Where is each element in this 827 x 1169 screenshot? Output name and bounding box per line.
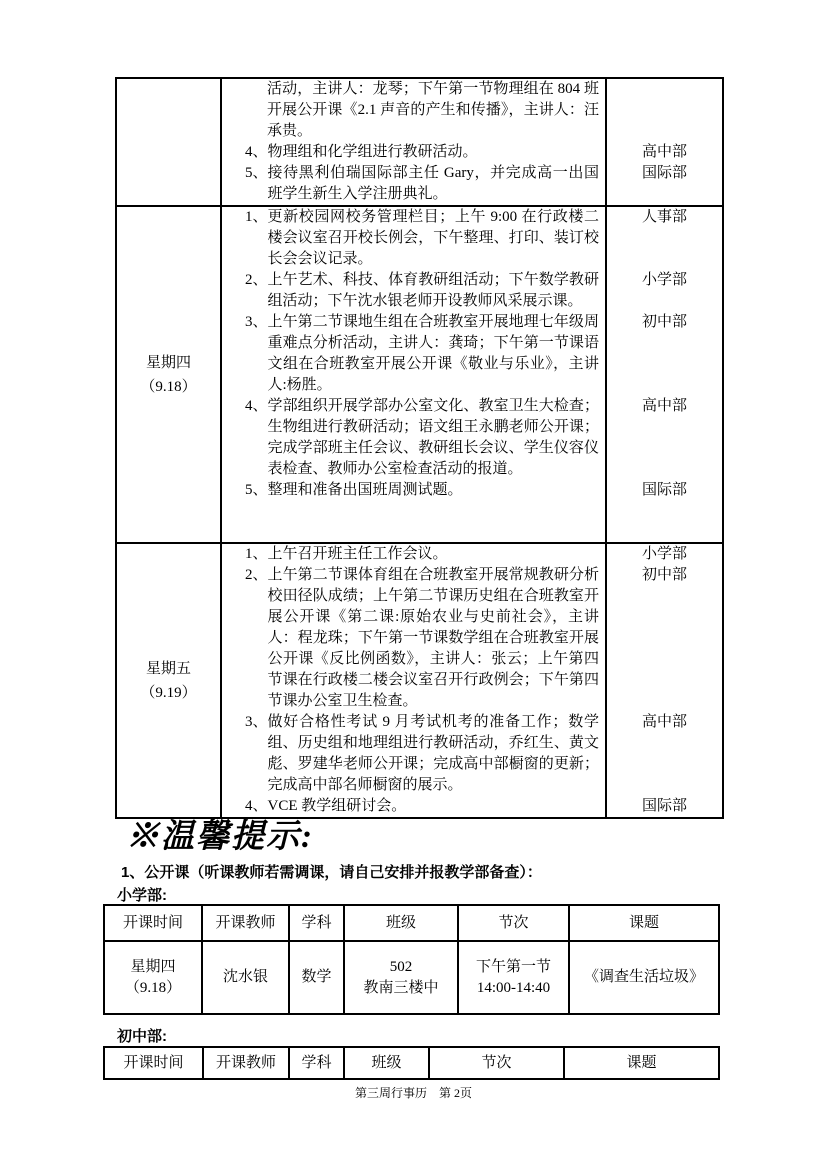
cell-teacher: 沈水银 [202, 941, 289, 1014]
item-department: 初中部 [607, 565, 722, 712]
cell-topic: 《调查生活垃圾》 [569, 941, 719, 1014]
col-header-subject: 学科 [289, 905, 344, 941]
day-name: 星期四 [146, 351, 191, 375]
item-text: 学部组织开展学部办公室文化、教室卫生大检查；生物组进行教研活动；语文组王永鹏老师… [268, 396, 607, 480]
item-department: 国际部 [607, 796, 722, 817]
table-row: 星期四 （9.18） 沈水银 数学 502 教南三楼中 下午第一节 14:00-… [104, 941, 719, 1014]
cell-class-line2: 教南三楼中 [347, 978, 455, 999]
item-department: 国际部 [607, 480, 722, 501]
item-text: 上午第二节课地生组在合班教室开展地理七年级周重难点分析活动，主讲人：龚琦；下午第… [268, 312, 607, 396]
item-text: 物理组和化学组进行教研活动。 [268, 142, 607, 163]
schedule-item: 3、 上午第二节课地生组在合班教室开展地理七年级周重难点分析活动，主讲人：龚琦；… [222, 312, 722, 396]
item-text: 更新校园网校务管理栏目；上午 9:00 在行政楼二楼会议室召开校长例会，下午整理… [268, 207, 607, 270]
schedule-item: 4、 物理组和化学组进行教研活动。 高中部 [222, 142, 722, 163]
table-row: 星期四 （9.18） 1、 更新校园网校务管理栏目；上午 9:00 在行政楼二楼… [117, 205, 722, 542]
schedule-item: 4、 学部组织开展学部办公室文化、教室卫生大检查；生物组进行教研活动；语文组王永… [222, 396, 722, 480]
col-header-class: 班级 [344, 1047, 429, 1079]
day-cell: 星期四 （9.18） [117, 207, 222, 542]
table-row: 活动，主讲人：龙琴；下午第一节物理组在 804 班开展公开课《2.1 声音的产生… [117, 79, 722, 205]
item-number: 2、 [245, 270, 268, 312]
item-department: 高中部 [607, 396, 722, 480]
item-number: 3、 [245, 712, 268, 796]
table-row: 星期五 （9.19） 1、 上午召开班主任工作会议。 小学部 2、 上午第二节课… [117, 542, 722, 817]
notice-heading: ※温馨提示: [126, 810, 314, 857]
day-date: （9.18） [140, 375, 196, 399]
item-number: 5、 [245, 480, 268, 501]
item-department: 高中部 [607, 712, 722, 796]
item-department: 小学部 [607, 270, 722, 312]
item-department: 人事部 [607, 207, 722, 270]
item-number: 1、 [245, 544, 268, 565]
day-date: （9.19） [140, 681, 196, 705]
item-text: 做好合格性考试 9 月考试机考的准备工作；数学组、历史组和地理组进行教研活动，乔… [268, 712, 607, 796]
table-header-row: 开课时间 开课教师 学科 班级 节次 课题 [104, 1047, 719, 1079]
schedule-item: 2、 上午第二节课体育组在合班教室开展常规教研分析校田径队成绩；上午第二节课历史… [222, 565, 722, 712]
page-footer: 第三周行事历 第 2页 [0, 1084, 827, 1101]
item-text: 活动，主讲人：龙琴；下午第一节物理组在 804 班开展公开课《2.1 声音的产生… [267, 79, 607, 142]
schedule-item: 2、 上午艺术、科技、体育教研组活动；下午数学教研组活动；下午沈水银老师开设教师… [222, 270, 722, 312]
cell-time-line1: 星期四 [107, 957, 199, 978]
item-department: 小学部 [607, 544, 722, 565]
item-text: 整理和准备出国班周测试题。 [268, 480, 607, 501]
item-text: VCE 教学组研讨会。 [268, 796, 607, 817]
cell-class: 502 教南三楼中 [344, 941, 458, 1014]
item-department: 高中部 [607, 142, 722, 163]
col-header-time: 开课时间 [104, 905, 202, 941]
col-header-teacher: 开课教师 [203, 1047, 289, 1079]
item-department: 初中部 [607, 312, 722, 396]
schedule-item: 3、 做好合格性考试 9 月考试机考的准备工作；数学组、历史组和地理组进行教研活… [222, 712, 722, 796]
day-cell [117, 79, 222, 205]
open-class-note: 1、公开课（听课教师若需调课，请自己安排并报教学部备查）： [121, 861, 542, 882]
schedule-item: 5、 接待黑利伯瑞国际部主任 Gary，并完成高一出国班学生新生入学注册典礼。 … [222, 163, 722, 205]
item-department: 国际部 [607, 163, 722, 205]
item-number: 1、 [245, 207, 268, 270]
cell-period: 下午第一节 14:00-14:40 [458, 941, 569, 1014]
items-cell: 活动，主讲人：龙琴；下午第一节物理组在 804 班开展公开课《2.1 声音的产生… [222, 79, 722, 205]
item-number: 4、 [245, 396, 268, 480]
col-header-subject: 学科 [289, 1047, 344, 1079]
day-cell: 星期五 （9.19） [117, 544, 222, 817]
junior-open-class-table: 开课时间 开课教师 学科 班级 节次 课题 [103, 1046, 720, 1080]
col-header-topic: 课题 [564, 1047, 719, 1079]
item-department [607, 79, 722, 142]
col-header-time: 开课时间 [104, 1047, 203, 1079]
schedule-item: 5、 整理和准备出国班周测试题。 国际部 [222, 480, 722, 501]
col-header-topic: 课题 [569, 905, 719, 941]
cell-subject: 数学 [289, 941, 344, 1014]
cell-period-line1: 下午第一节 [461, 957, 566, 978]
document-page: 活动，主讲人：龙琴；下午第一节物理组在 804 班开展公开课《2.1 声音的产生… [0, 0, 827, 1169]
col-header-class: 班级 [344, 905, 458, 941]
item-text: 上午第二节课体育组在合班教室开展常规教研分析校田径队成绩；上午第二节课历史组在合… [268, 565, 607, 712]
items-cell: 1、 更新校园网校务管理栏目；上午 9:00 在行政楼二楼会议室召开校长例会，下… [222, 207, 722, 542]
schedule-item: 活动，主讲人：龙琴；下午第一节物理组在 804 班开展公开课《2.1 声音的产生… [222, 79, 722, 142]
item-number: 5、 [245, 163, 268, 205]
junior-section-label: 初中部: [117, 1025, 167, 1046]
col-header-period: 节次 [458, 905, 569, 941]
col-header-period: 节次 [429, 1047, 564, 1079]
schedule-item: 1、 更新校园网校务管理栏目；上午 9:00 在行政楼二楼会议室召开校长例会，下… [222, 207, 722, 270]
col-header-teacher: 开课教师 [202, 905, 289, 941]
cell-time-line2: （9.18） [107, 978, 199, 999]
cell-class-line1: 502 [347, 957, 455, 978]
table-header-row: 开课时间 开课教师 学科 班级 节次 课题 [104, 905, 719, 941]
cell-period-line2: 14:00-14:40 [461, 978, 566, 999]
item-text: 上午艺术、科技、体育教研组活动；下午数学教研组活动；下午沈水银老师开设教师风采展… [268, 270, 607, 312]
item-text: 上午召开班主任工作会议。 [268, 544, 607, 565]
items-cell: 1、 上午召开班主任工作会议。 小学部 2、 上午第二节课体育组在合班教室开展常… [222, 544, 722, 817]
item-text: 接待黑利伯瑞国际部主任 Gary，并完成高一出国班学生新生入学注册典礼。 [268, 163, 607, 205]
item-number: 2、 [245, 565, 268, 712]
schedule-item: 1、 上午召开班主任工作会议。 小学部 [222, 544, 722, 565]
cell-time: 星期四 （9.18） [104, 941, 202, 1014]
item-number: 3、 [245, 312, 268, 396]
item-number: 4、 [245, 142, 268, 163]
weekly-schedule-table: 活动，主讲人：龙琴；下午第一节物理组在 804 班开展公开课《2.1 声音的产生… [115, 77, 724, 819]
primary-open-class-table: 开课时间 开课教师 学科 班级 节次 课题 星期四 （9.18） 沈水银 数学 … [103, 904, 720, 1015]
primary-section-label: 小学部: [117, 884, 167, 905]
day-name: 星期五 [146, 657, 191, 681]
item-number [245, 79, 267, 142]
